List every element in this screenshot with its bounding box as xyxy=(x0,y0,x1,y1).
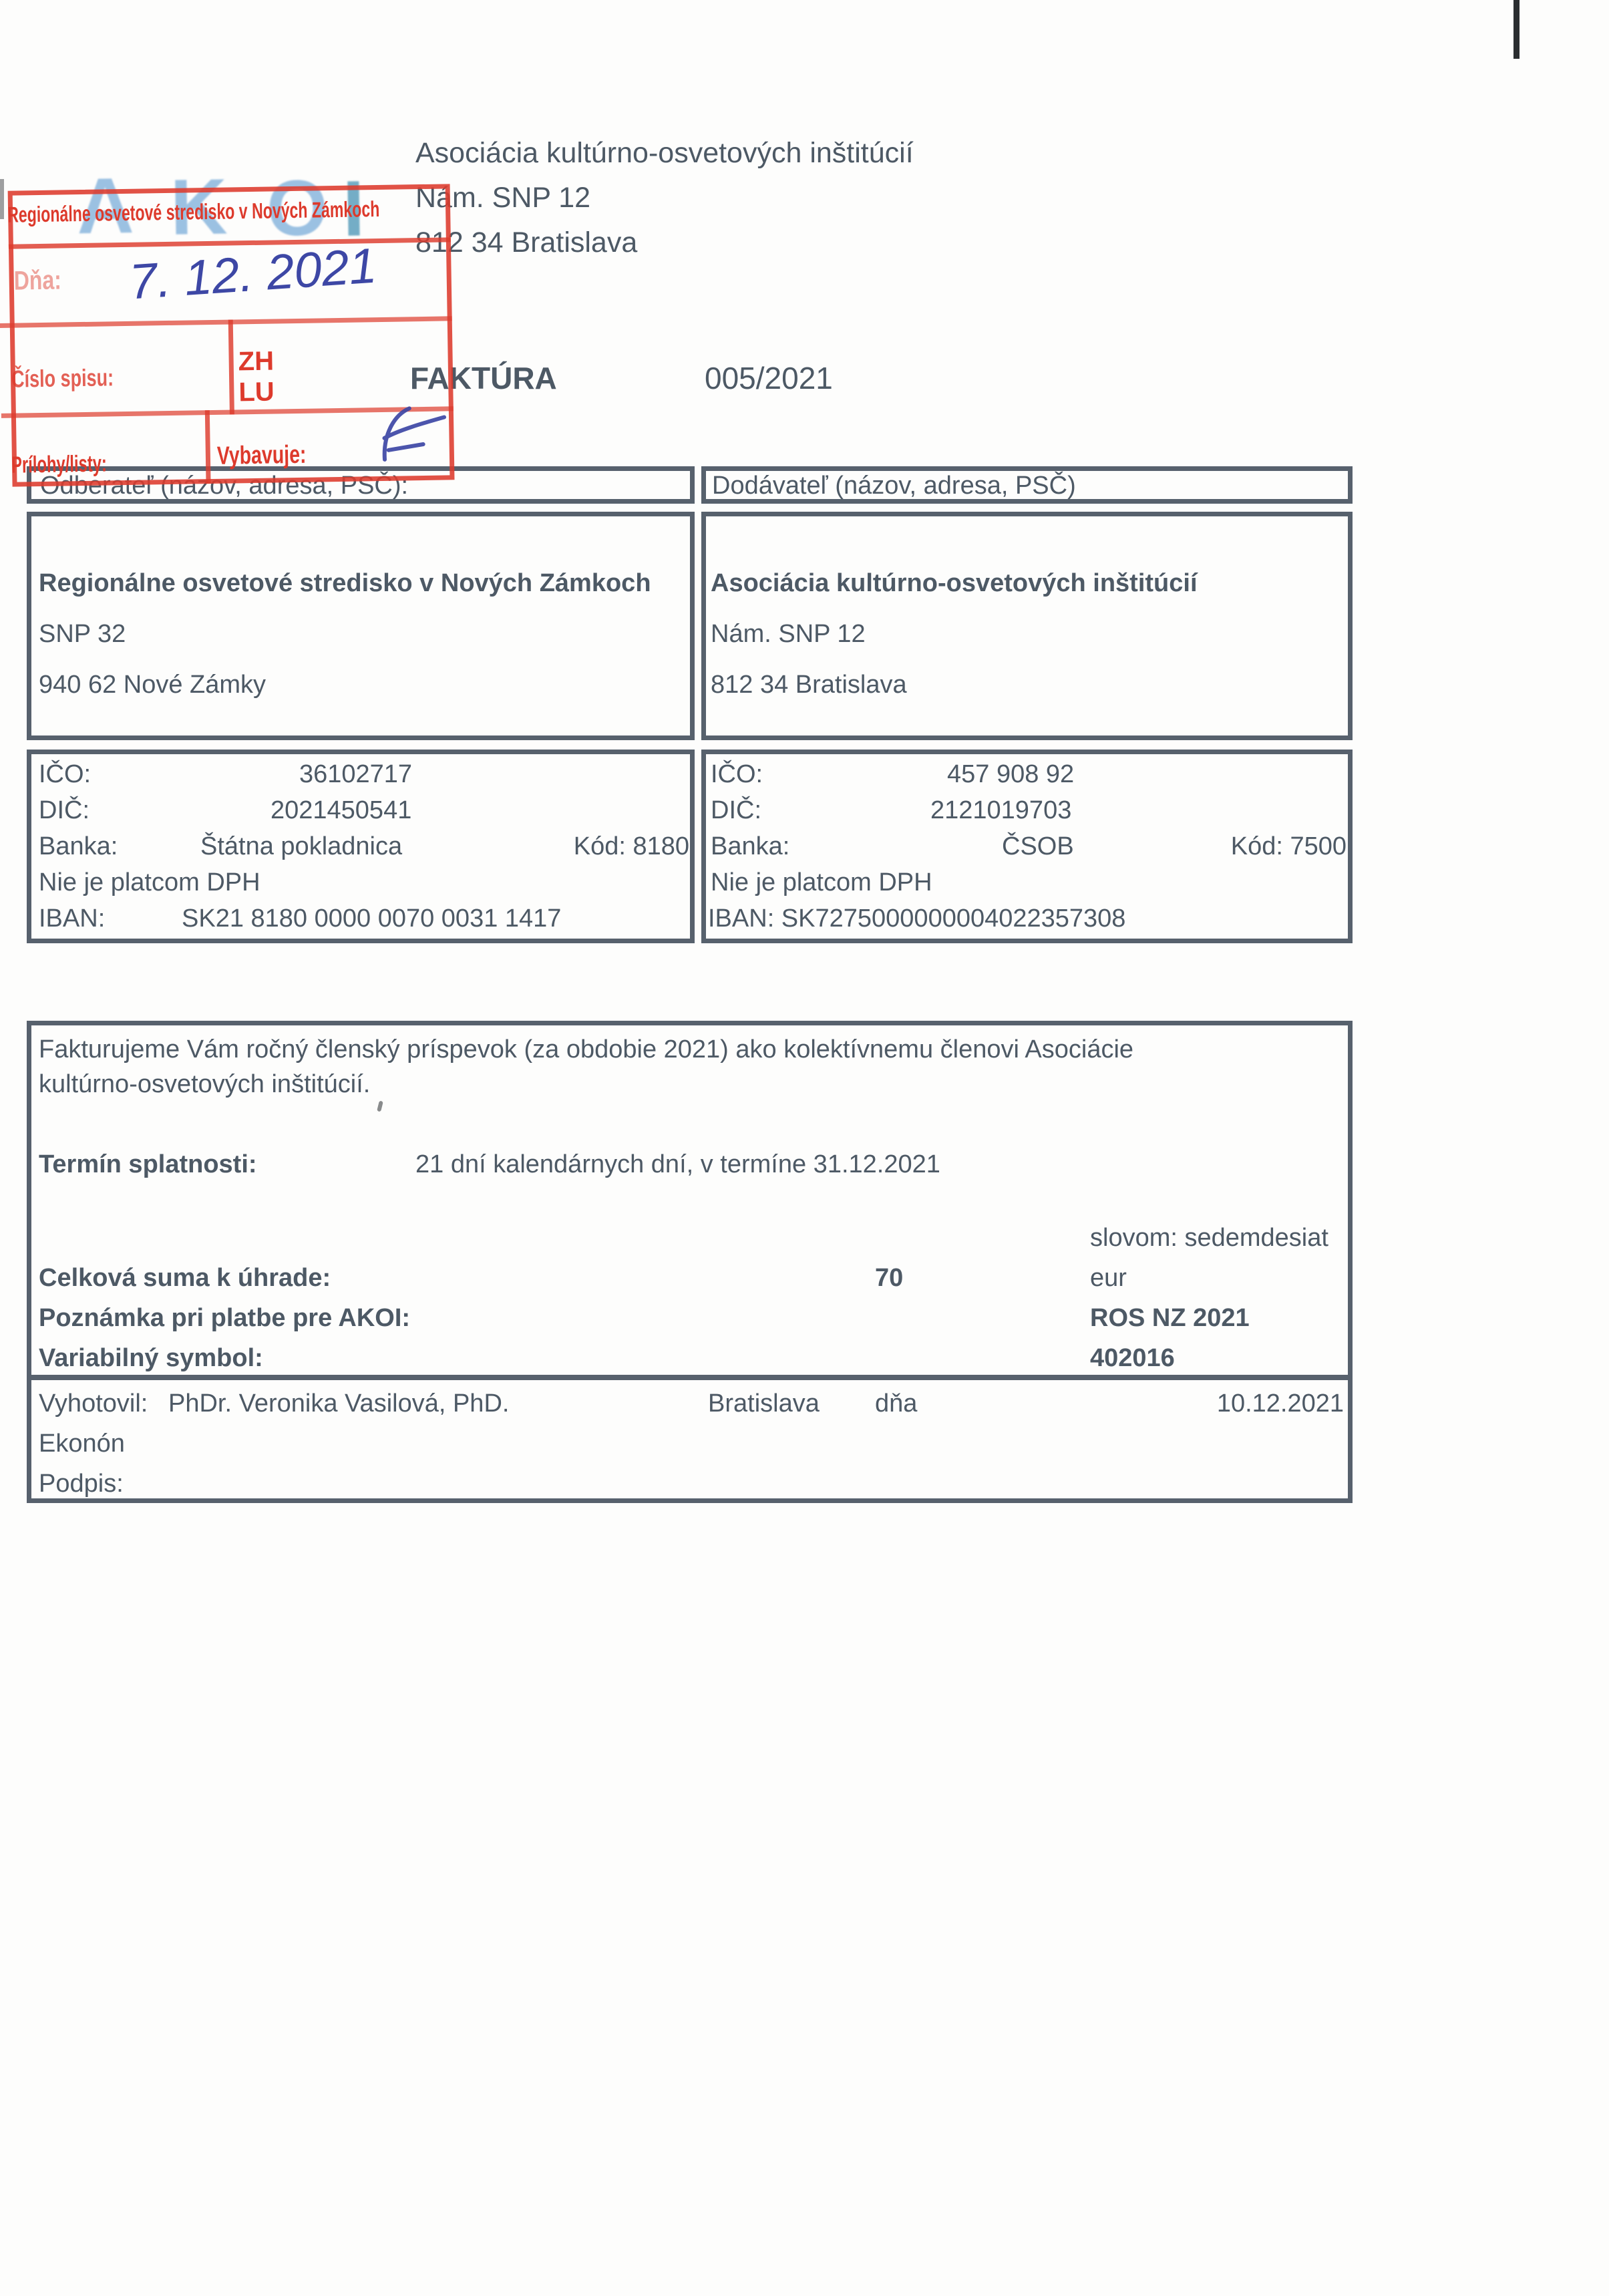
invoice-text-line1: Fakturujeme Vám ročný členský príspevok … xyxy=(39,1035,1133,1065)
supplier-ico-value: 457 908 92 xyxy=(947,760,1074,790)
total-value: 70 xyxy=(875,1264,903,1293)
document-number: 005/2021 xyxy=(705,361,833,396)
stamp-line-under-name xyxy=(9,237,451,249)
total-label: Celková suma k úhrade: xyxy=(39,1264,331,1293)
customer-bank-label: Banka: xyxy=(39,832,118,862)
customer-city: 940 62 Nové Zámky xyxy=(39,671,266,700)
payment-note-label: Poznámka pri platbe pre AKOI: xyxy=(39,1304,410,1333)
customer-dic-value: 2021450541 xyxy=(271,796,411,826)
issued-by-label: Vyhotovil: xyxy=(39,1389,148,1419)
scanned-invoice-page: Asociácia kultúrno-osvetových inštitúcií… xyxy=(0,0,1609,2296)
stamp-line-under-fileno xyxy=(1,406,454,418)
issued-by-name: PhDr. Veronika Vasilová, PhD. xyxy=(168,1389,509,1419)
stamp-date-label: Dňa: xyxy=(13,265,61,296)
stamp-outer-frame xyxy=(8,184,455,486)
stamp-date-handwritten: 7. 12. 2021 xyxy=(128,236,378,310)
stamp-file-number-line2: LU xyxy=(238,377,275,408)
total-currency: eur xyxy=(1090,1264,1127,1293)
supplier-iban-value: IBAN: SK7275000000004022357308 xyxy=(708,905,1125,934)
due-date-value: 21 dní kalendárnych dní, v termíne 31.12… xyxy=(415,1150,940,1180)
stamp-org-name: Regionálne osvetové stredisko v Nových Z… xyxy=(7,196,380,228)
supplier-bank-label: Banka: xyxy=(711,832,789,862)
due-date-label: Termín splatnosti: xyxy=(39,1150,257,1180)
scan-artifact-top-right xyxy=(1513,0,1519,59)
variable-symbol-value: 402016 xyxy=(1090,1344,1175,1373)
supplier-bank-code: Kód: 7500 xyxy=(1231,832,1347,862)
customer-address-box xyxy=(27,512,695,740)
customer-ico-label: IČO: xyxy=(39,760,91,790)
akoi-letter-a: A xyxy=(76,160,134,252)
customer-iban-label: IBAN: xyxy=(39,905,105,934)
supplier-street: Nám. SNP 12 xyxy=(711,620,866,649)
customer-street: SNP 32 xyxy=(39,620,126,649)
supplier-city: 812 34 Bratislava xyxy=(711,671,907,700)
supplier-bank-value: ČSOB xyxy=(1002,832,1074,862)
issue-date-label: dňa xyxy=(875,1389,917,1419)
supplier-vat-note: Nie je platcom DPH xyxy=(711,868,932,898)
issue-place: Bratislava xyxy=(708,1389,820,1419)
issue-date-value: 10.12.2021 xyxy=(1217,1389,1344,1419)
customer-bank-value: Štátna pokladnica xyxy=(200,832,402,862)
akoi-letter-i: I xyxy=(342,163,365,254)
payment-note-value: ROS NZ 2021 xyxy=(1090,1304,1250,1333)
invoice-text-line2: kultúrno-osvetových inštitúcií. xyxy=(39,1070,370,1100)
footer-divider-line xyxy=(27,1375,1353,1380)
letterhead-org-name: Asociácia kultúrno-osvetových inštitúcií xyxy=(415,137,914,170)
supplier-dic-value: 2121019703 xyxy=(930,796,1071,826)
issuer-role: Ekonón xyxy=(39,1430,125,1459)
stamp-divider-fileno-cell xyxy=(228,319,234,414)
customer-iban-value: SK21 8180 0000 0070 0031 1417 xyxy=(182,905,561,934)
supplier-ico-label: IČO: xyxy=(711,760,763,790)
supplier-header-label: Dodávateľ (názov, adresa, PSČ) xyxy=(712,472,1076,501)
stamp-line-under-date xyxy=(0,316,452,328)
stamp-file-number-line1: ZH xyxy=(238,347,274,377)
akoi-letter-k: K xyxy=(170,162,228,253)
document-title: FAKTÚRA xyxy=(410,361,557,396)
customer-dic-label: DIČ: xyxy=(39,796,90,826)
customer-vat-note: Nie je platcom DPH xyxy=(39,868,260,898)
stamp-file-number-label: Číslo spisu: xyxy=(11,363,114,393)
letterhead-street: Nám. SNP 12 xyxy=(415,182,590,214)
akoi-letter-o: O xyxy=(266,162,329,254)
supplier-name: Asociácia kultúrno-osvetových inštitúcií xyxy=(711,569,1198,599)
letterhead-city: 812 34 Bratislava xyxy=(415,226,637,259)
customer-header-label: Odberateľ (názov, adresa, PSČ): xyxy=(40,472,408,501)
customer-ico-value: 36102717 xyxy=(299,760,412,790)
supplier-dic-label: DIČ: xyxy=(711,796,761,826)
customer-name: Regionálne osvetové stredisko v Nových Z… xyxy=(39,569,651,599)
scan-artifact-left-edge xyxy=(0,179,4,219)
handwritten-mark xyxy=(345,399,454,474)
customer-bank-code: Kód: 8180 xyxy=(574,832,689,862)
variable-symbol-label: Variabilný symbol: xyxy=(39,1344,263,1373)
signature-label: Podpis: xyxy=(39,1470,124,1499)
amount-in-words: slovom: sedemdesiat xyxy=(1090,1224,1328,1253)
